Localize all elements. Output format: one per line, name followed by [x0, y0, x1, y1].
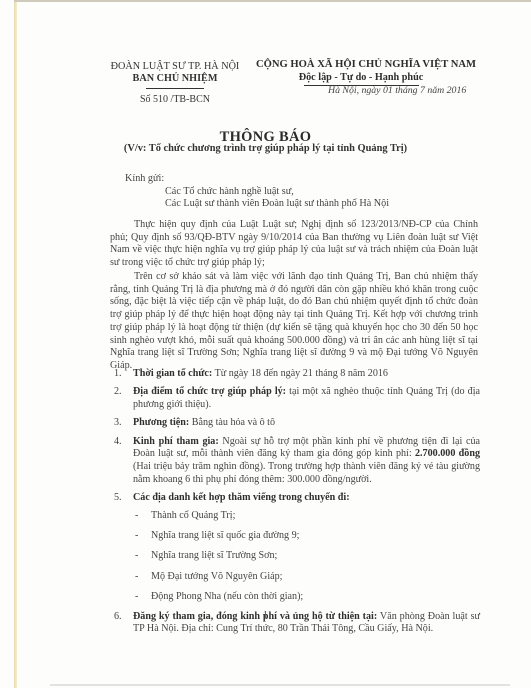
item-label: Địa điểm tổ chức trợ giúp pháp lý: [133, 386, 286, 397]
place-name: Mộ Đại tướng Võ Nguyên Giáp; [151, 571, 282, 582]
list-item-places: 5. Các địa danh kết hợp thăm viếng trong… [110, 492, 480, 505]
place-name: Nghĩa trang liệt sĩ quốc gia đường 9; [151, 530, 299, 541]
places-list: -Thành cổ Quảng Trị; -Nghĩa trang liệt s… [110, 510, 480, 603]
fee-amount: 2.700.000 đồng [415, 448, 480, 459]
place-item: -Thành cổ Quảng Trị; [133, 510, 480, 523]
document-date: Hà Nội, ngày 01 tháng 7 năm 2016 [328, 85, 466, 96]
document-subject: (V/v: Tổ chức chương trình trợ giúp pháp… [0, 143, 531, 154]
list-item-fee: 4. Kinh phí tham gia: Ngoài sự hỗ trợ mộ… [110, 436, 480, 487]
item-label: Thời gian tổ chức: [133, 368, 212, 379]
item-label: Các địa danh kết hợp thăm viếng trong ch… [133, 492, 350, 503]
recipient-item: Các Luật sư thành viên Đoàn luật sư thàn… [165, 198, 389, 211]
item-number: 3. [114, 417, 122, 430]
recipients-label: Kính gửi: [125, 173, 164, 186]
place-name: Nghĩa trang liệt sĩ Trường Sơn; [151, 550, 277, 561]
place-name: Động Phong Nha (nếu còn thời gian); [151, 591, 303, 602]
details-list: 1. Thời gian tổ chức: Từ ngày 18 đến ngà… [110, 368, 480, 642]
item-text: (Hai triệu bảy trăm nghìn đồng). Trong t… [133, 461, 480, 485]
list-item-time: 1. Thời gian tổ chức: Từ ngày 18 đến ngà… [110, 368, 480, 381]
item-text: Từ ngày 18 đến ngày 21 tháng 8 năm 2016 [212, 368, 388, 379]
page-number: 1 [0, 610, 531, 621]
paragraph-legal-basis: Thực hiện quy định của Luật Luật sư; Ngh… [110, 219, 478, 270]
list-item-location: 2. Địa điểm tổ chức trợ giúp pháp lý: tạ… [110, 386, 480, 411]
place-item: -Nghĩa trang liệt sĩ quốc gia đường 9; [133, 530, 480, 543]
place-item: -Mộ Đại tướng Võ Nguyên Giáp; [133, 571, 480, 584]
item-label: Kinh phí tham gia: [133, 436, 219, 447]
page-top-edge [14, 0, 531, 2]
issuer-department: BAN CHỦ NHIỆM [95, 73, 255, 85]
issuer-org-name: ĐOÀN LUẬT SƯ TP. HÀ NỘI [95, 61, 255, 73]
dash-bullet: - [135, 550, 138, 563]
place-name: Thành cổ Quảng Trị; [151, 510, 235, 521]
item-text: Bằng tàu hỏa và ô tô [189, 417, 275, 428]
place-item: -Nghĩa trang liệt sĩ Trường Sơn; [133, 550, 480, 563]
item-number: 2. [114, 386, 122, 399]
recipient-item: Các Tổ chức hành nghề luật sư, [165, 186, 294, 199]
item-number: 5. [114, 492, 122, 505]
dash-bullet: - [135, 530, 138, 543]
scanned-document-page: ĐOÀN LUẬT SƯ TP. HÀ NỘI BAN CHỦ NHIỆM Số… [0, 0, 531, 688]
item-number: 4. [114, 436, 122, 449]
paragraph-rationale: Trên cơ sở khảo sát và làm việc với lãnh… [110, 271, 478, 373]
national-title: CỘNG HOÀ XÃ HỘI CHỦ NGHĨA VIỆT NAM [256, 58, 466, 71]
list-item-transport: 3. Phương tiện: Bằng tàu hỏa và ô tô [110, 417, 480, 430]
dash-bullet: - [135, 510, 138, 523]
dash-bullet: - [135, 571, 138, 584]
header-divider [146, 88, 204, 89]
item-number: 1. [114, 368, 122, 381]
document-number: Số 510 /TB-BCN [95, 94, 255, 106]
place-item: -Động Phong Nha (nếu còn thời gian); [133, 591, 480, 604]
page-edge-shadow [14, 0, 17, 688]
item-label: Phương tiện: [133, 417, 189, 428]
issuer-header: ĐOÀN LUẬT SƯ TP. HÀ NỘI BAN CHỦ NHIỆM Số… [95, 61, 255, 106]
national-header: CỘNG HOÀ XÃ HỘI CHỦ NGHĨA VIỆT NAM Độc l… [256, 58, 466, 86]
dash-bullet: - [135, 591, 138, 604]
national-motto: Độc lập - Tự do - Hạnh phúc [256, 71, 466, 84]
page-bottom-edge [50, 684, 510, 686]
